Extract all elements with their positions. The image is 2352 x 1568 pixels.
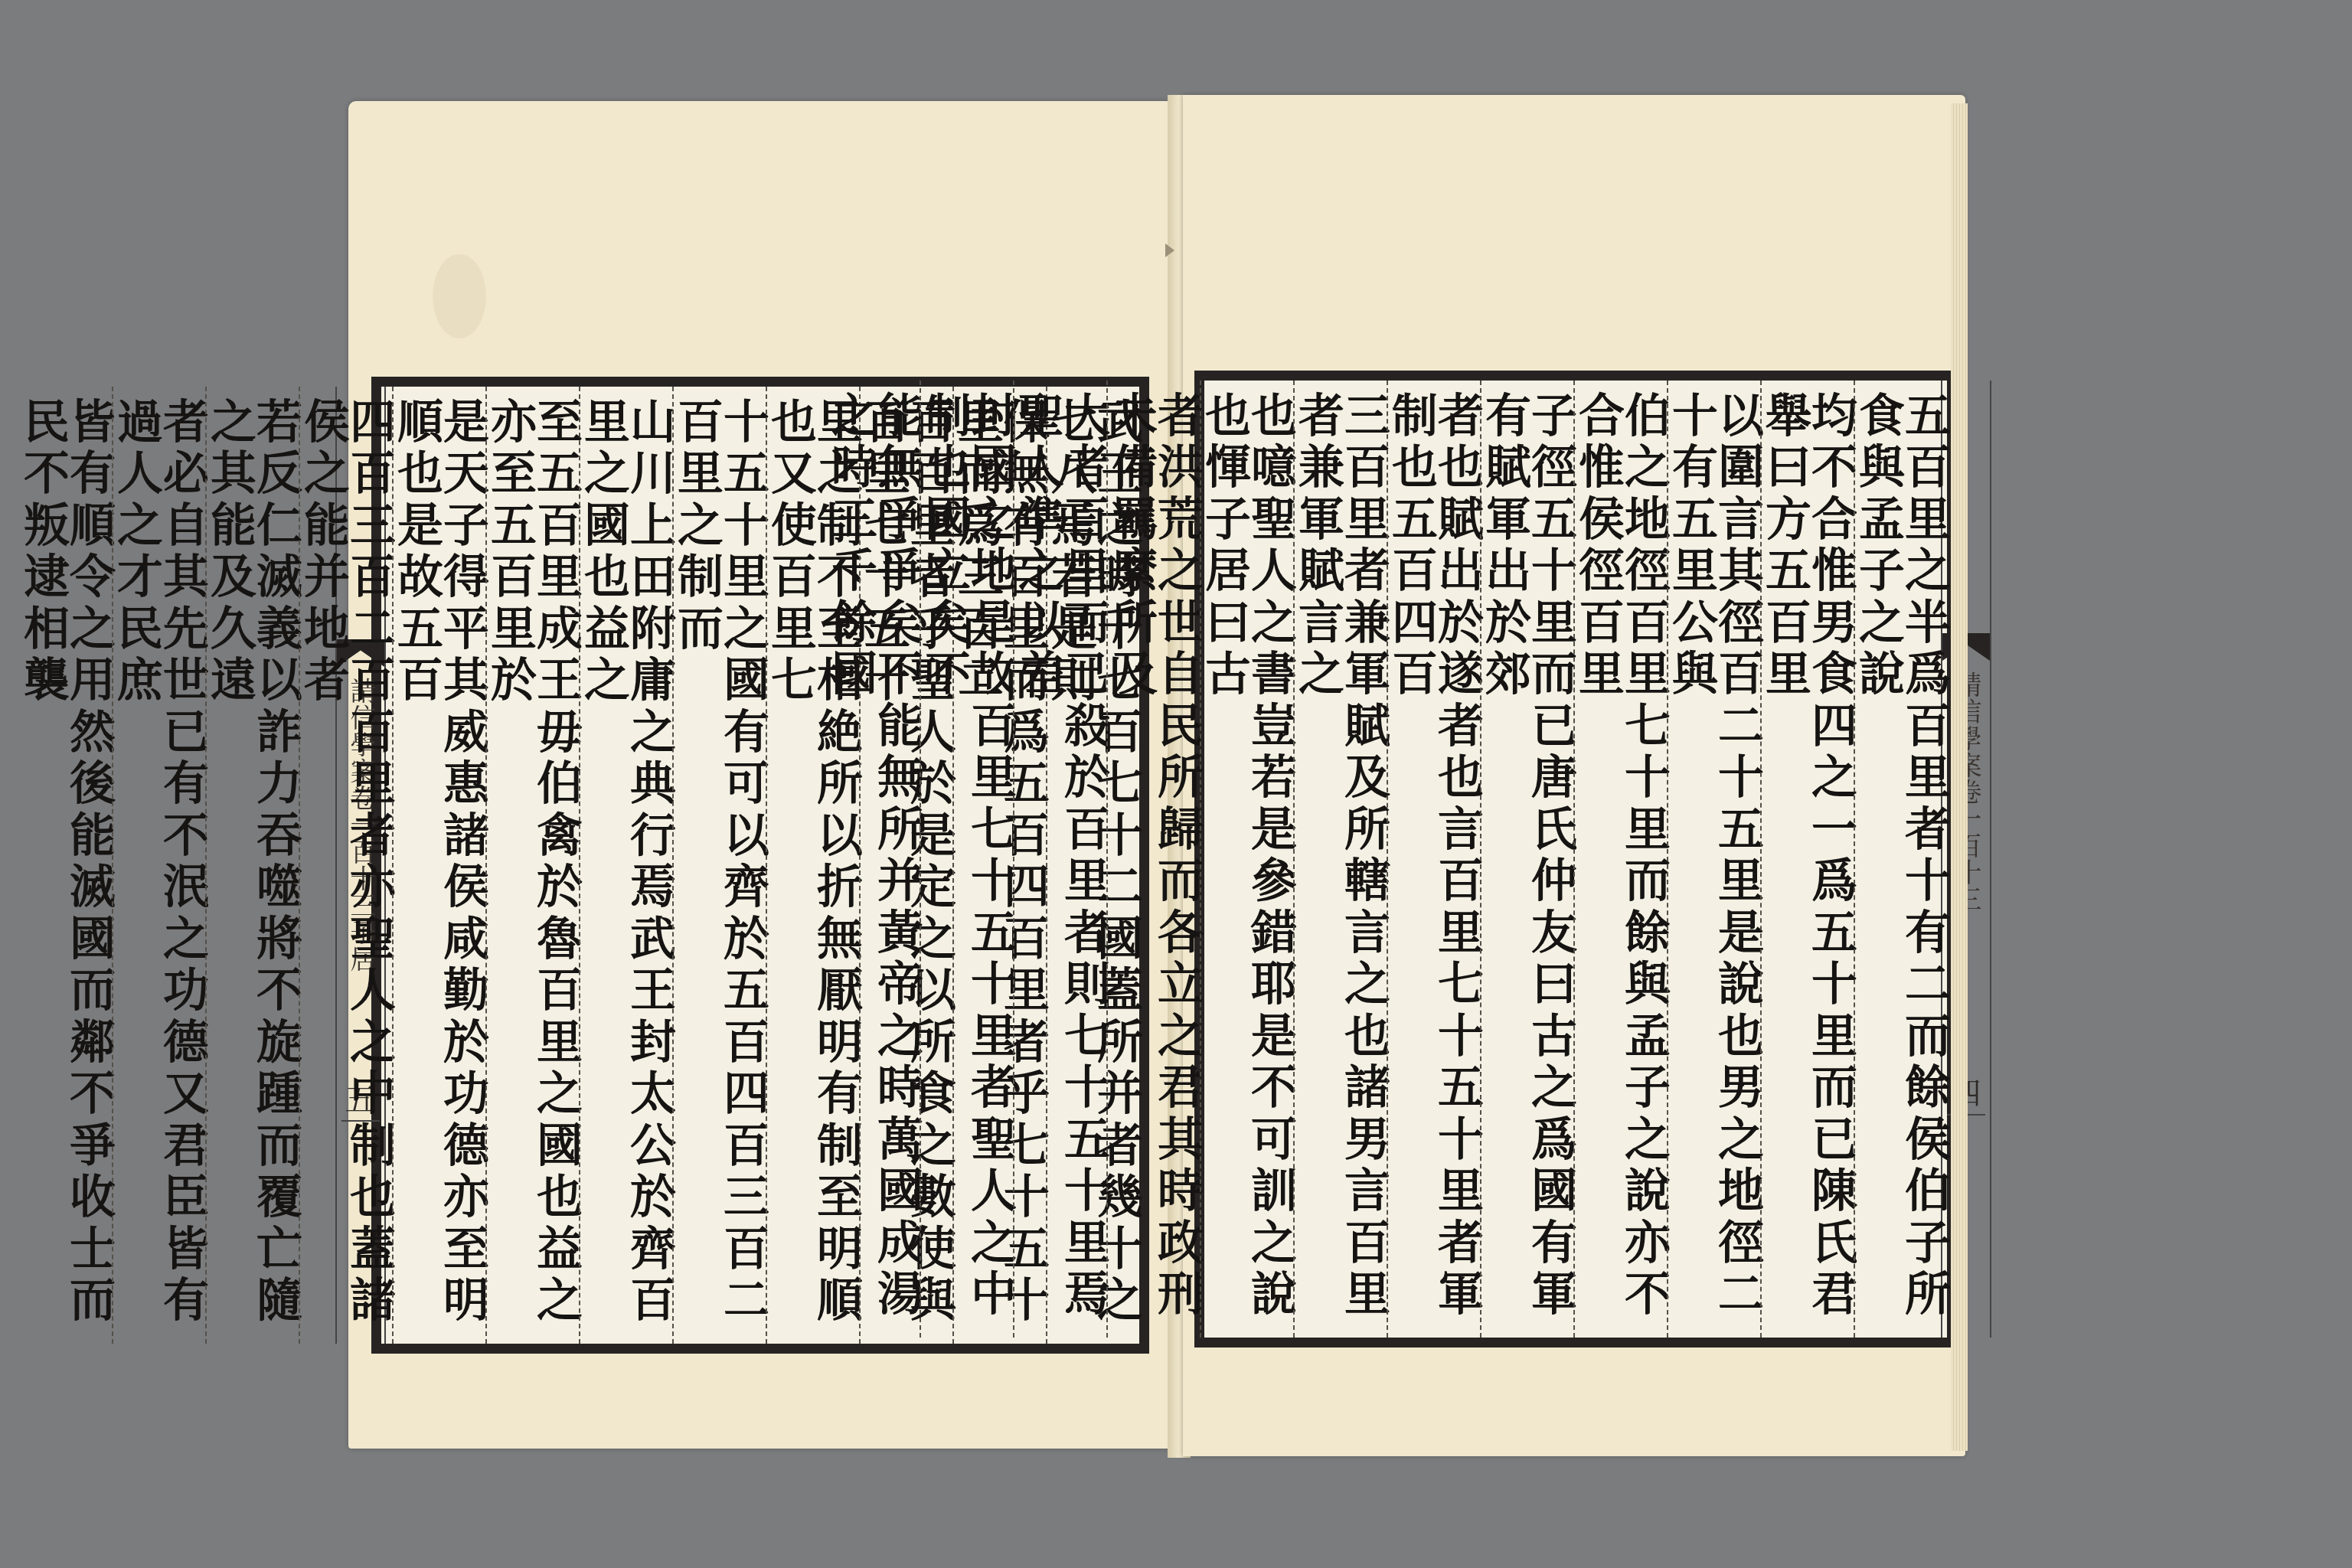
text-column: 者也賦出於遂者也言百里七十五十里者軍制也五百四百	[1387, 381, 1480, 1338]
text-column: 能無爭爭矣不能無所并黃帝之時萬國成湯之時三千餘國	[828, 381, 920, 1338]
text-column: 伯之地徑百里七十里而餘與孟子之說亦不合惟侯徑百里	[1573, 381, 1667, 1338]
right-text-block: 請信學案卷一百十三 四 五百里之半爲百里者十有二而餘侯伯子所食與孟子之說 均不合…	[1194, 371, 1957, 1347]
text-column: 子徑五十里而已唐氏仲友曰古之爲國有軍有賦軍出於郊	[1480, 381, 1573, 1338]
text-column: 若反仁滅義以詐力吞噬將不旋踵而覆亡隨之其能及久遠	[205, 387, 299, 1344]
text-column: 四百三百二百百里者亦聖人之中制也蓋諸侯之能并地者	[299, 387, 392, 1344]
right-page-stack-edge	[1951, 103, 1968, 1451]
text-column: 三百里者兼軍賦及所轄言之也諸男言百里者兼軍賦言之	[1293, 381, 1387, 1338]
text-column: 也噫聖人之書豈若是參錯耶是不可訓之說也惲子居曰古	[1200, 381, 1293, 1338]
text-column: 以圍言其徑百二十五里是說也男之地徑二十有五里公與	[1667, 381, 1760, 1338]
text-column: 者必自其先世已有不泯之功德又君臣皆有過人之才民庶	[112, 387, 205, 1344]
text-column: 封國之地是故百里七十五十里者聖人之中制也國立矣不	[920, 381, 1013, 1338]
text-column: 五百里之半爲百里者十有二而餘侯伯子所食與孟子之說	[1854, 381, 1947, 1338]
open-book: 請信學案卷一百十三子居 五 武王之時千七百七十二國蓋所并者幾十之七八焉若是則 保…	[0, 0, 2352, 1568]
right-page: 請信學案卷一百十三 四 五百里之半爲百里者十有二而餘侯伯子所食與孟子之說 均不合…	[1183, 95, 1965, 1456]
paper-stain	[433, 254, 486, 338]
text-column: 均不合惟男食四之一爲五十里而已陳氏君舉曰方五百里	[1760, 381, 1854, 1338]
text-column: 十五十里之國有可以齊於五百四百三百二百里之制而	[672, 387, 766, 1344]
right-text-columns: 五百里之半爲百里者十有二而餘侯伯子所食與孟子之說 均不合惟男食四之一爲五十里而已…	[1204, 381, 1947, 1338]
text-column: 山川上田附庸之典行焉武王封太公於齊百里之國也益之	[579, 387, 672, 1344]
text-column: 至五百里成王毋伯禽於魯百里之國也益之亦至五百里於	[485, 387, 579, 1344]
text-column: 是天子得平其威惠諸侯咸勤於功德亦至明順也是故五百	[392, 387, 485, 1344]
text-column: 皆有順令之用然後能滅國而鄰不爭收士而民不叛逮相襲	[20, 387, 112, 1344]
text-column: 者洪荒之世自民所歸而各立之君其時政刑未備羈縻所及	[1106, 381, 1200, 1338]
text-column: 大者百里而已殺於百里者則七十五十里焉聖人準之以差	[1013, 381, 1106, 1338]
